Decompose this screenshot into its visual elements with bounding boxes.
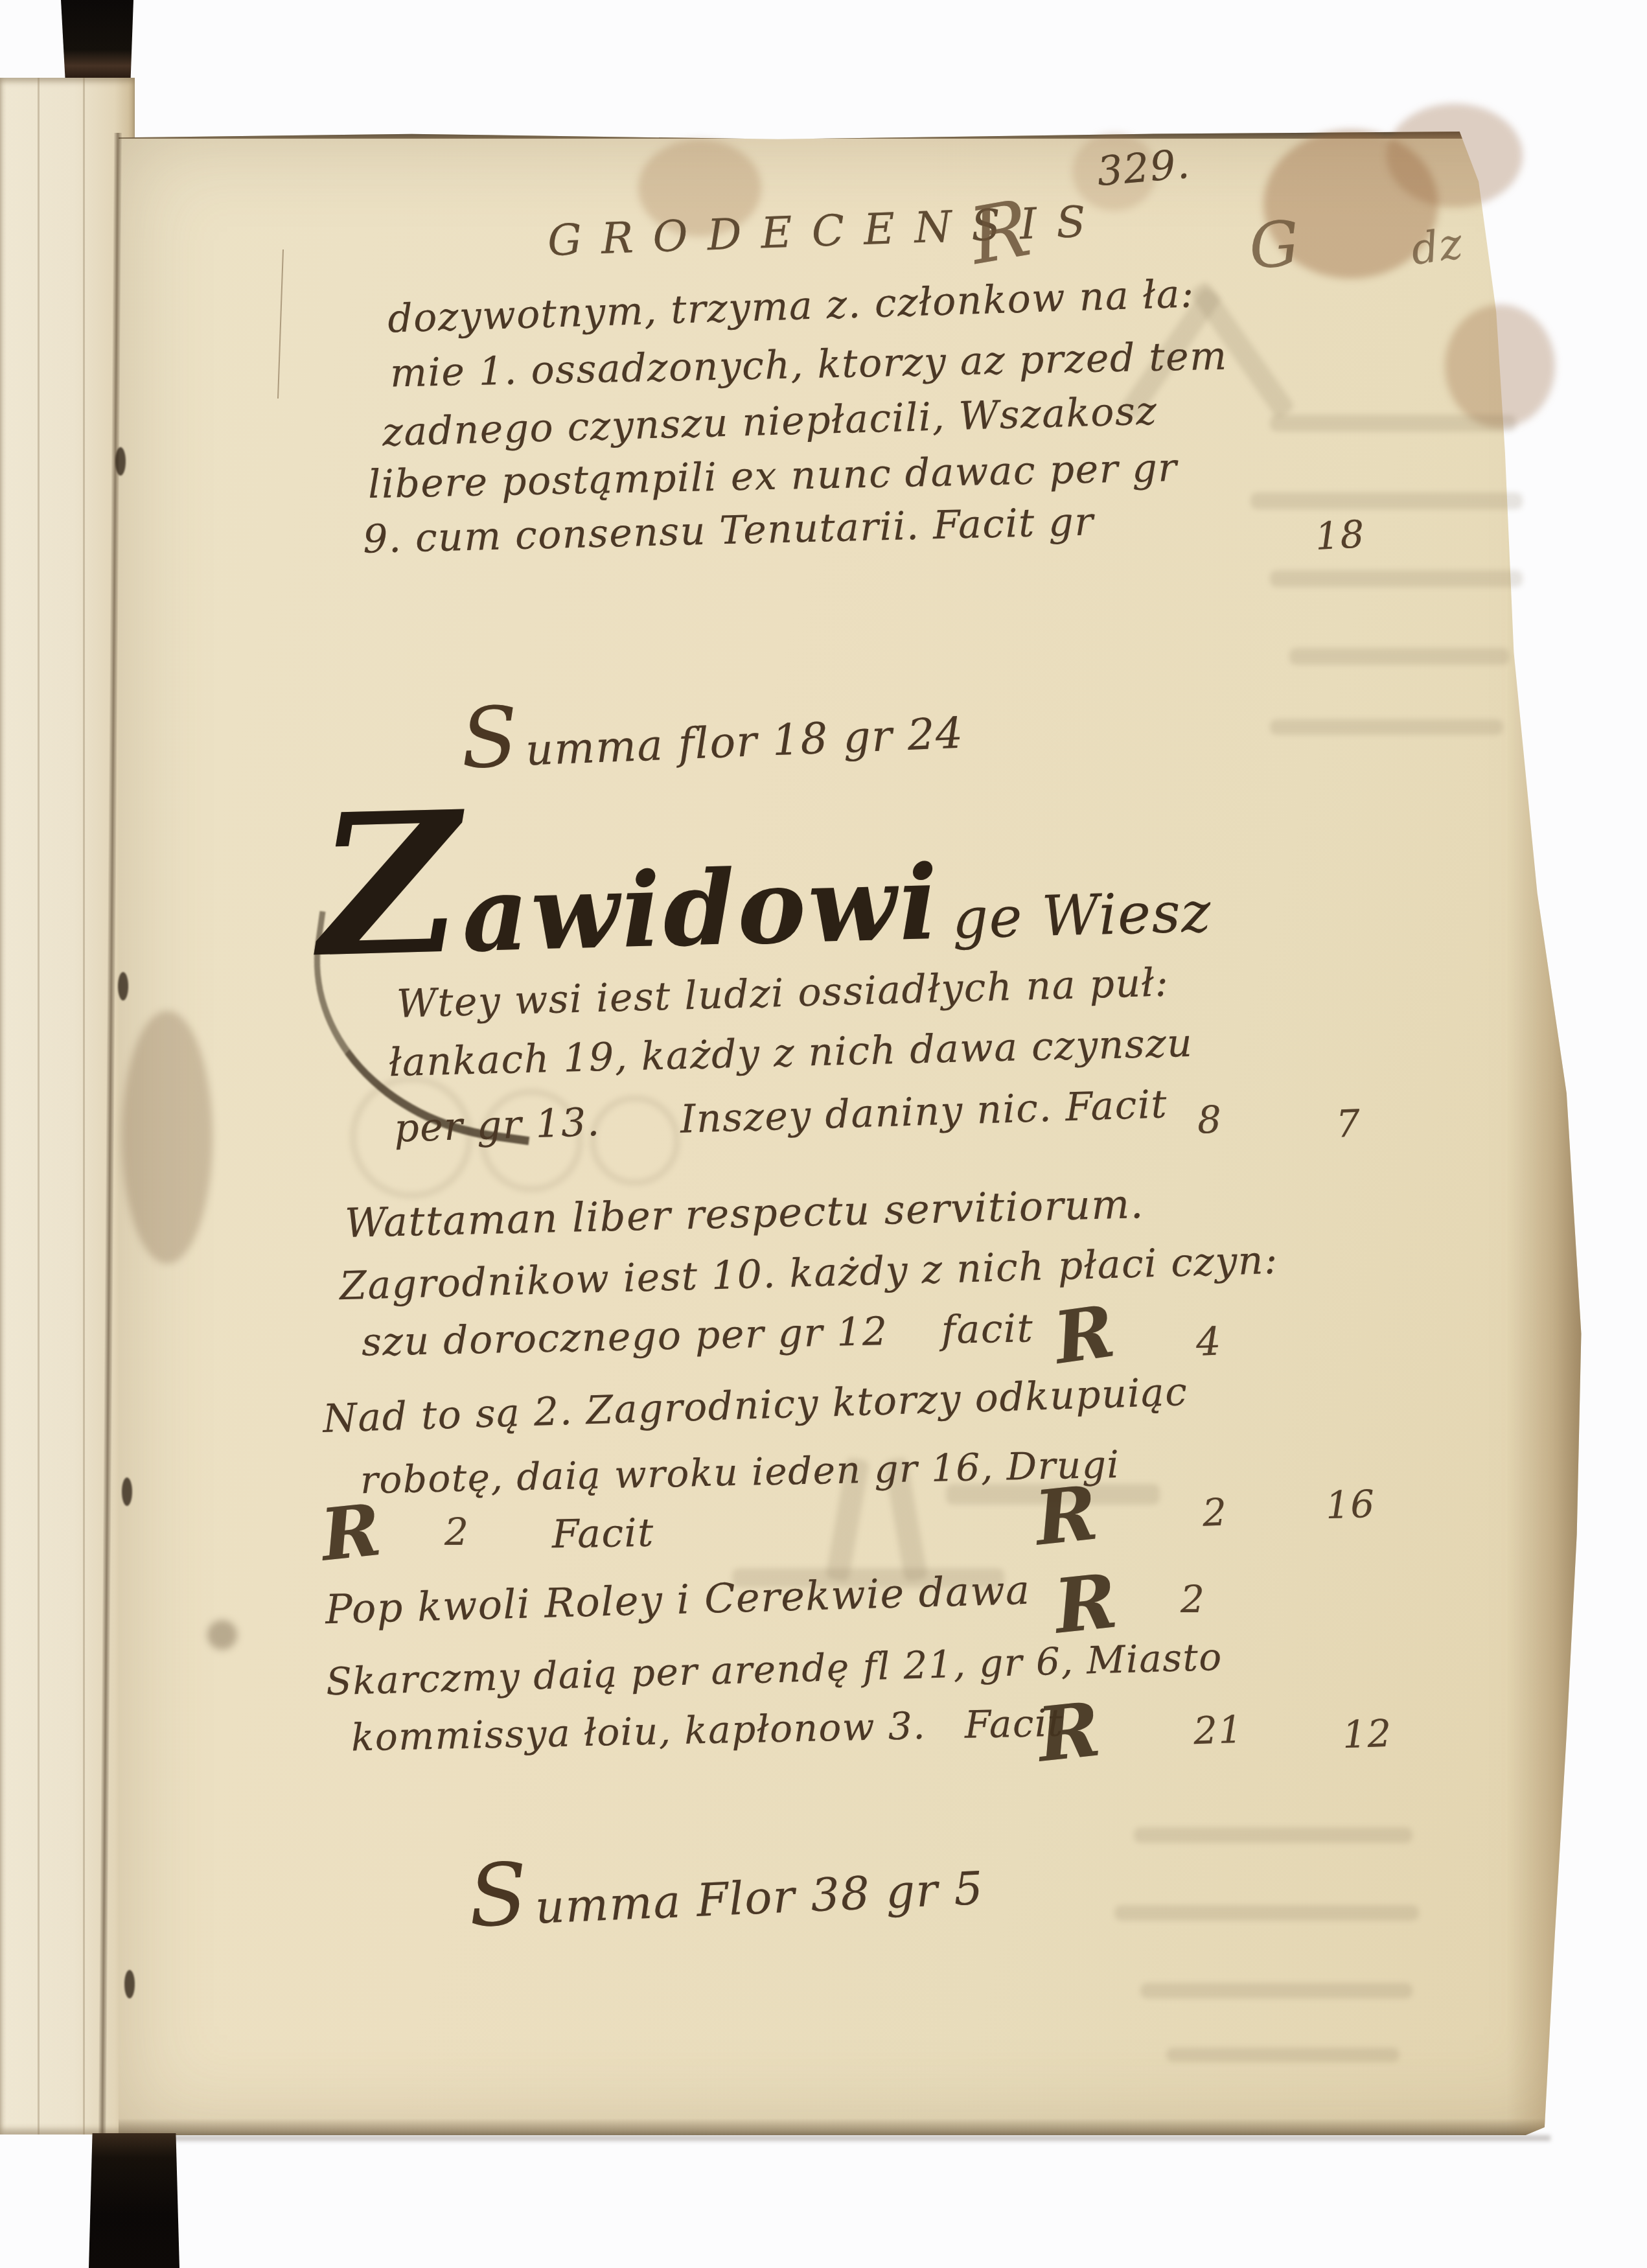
manuscript-scan: 329. GRODECENSIS R G dz dozywotnym, trzy…	[0, 0, 1647, 2268]
amount-florins: 2	[1202, 1490, 1228, 1534]
amount-groszy: 12	[1342, 1711, 1393, 1757]
amount-groszy: 7	[1335, 1101, 1362, 1146]
binding-stitch	[115, 447, 126, 476]
florin-symbol: R	[1050, 1557, 1122, 1650]
bleedthrough-line	[1289, 648, 1510, 665]
amount-florins: 8	[1197, 1097, 1223, 1142]
florin-symbol: R	[1049, 1289, 1120, 1380]
florin-symbol: R	[1033, 1685, 1105, 1779]
page-shadow	[119, 2135, 1550, 2141]
florin-symbol: R	[317, 1487, 386, 1577]
binding-stitch	[122, 1477, 132, 1506]
amount-florins: 2	[444, 1510, 469, 1554]
bleedthrough-line	[1140, 1983, 1412, 1998]
heading-name: awidowi	[461, 843, 942, 975]
bleedthrough-line	[1250, 492, 1523, 509]
village-heading: Z awidowi ge Wiesz	[317, 805, 1212, 979]
bleedthrough-line	[1270, 415, 1516, 432]
summa-initial: S	[461, 737, 518, 740]
amount-groszy: 16	[1325, 1482, 1376, 1528]
header-flourish-dz: dz	[1408, 218, 1466, 275]
bookmark-ribbon-bottom	[89, 2133, 179, 2268]
page-edge-crease	[38, 78, 40, 2135]
heading-suffix: ge Wiesz	[952, 880, 1212, 951]
page-deckle-edge	[1506, 132, 1584, 2135]
amount-florins: 4	[1195, 1319, 1223, 1365]
spot-stain	[207, 1620, 237, 1650]
amount-groszy: 18	[1314, 512, 1366, 559]
amount-florins: 2	[1181, 1577, 1205, 1621]
binding-stitch	[124, 1970, 135, 1998]
bookmark-ribbon-top	[61, 0, 133, 80]
edge-stain	[122, 1011, 213, 1264]
page-bottom-edge	[119, 2118, 1584, 2135]
folio-number: 329.	[1095, 140, 1192, 195]
bleedthrough-line	[1134, 1827, 1412, 1843]
bleedthrough-line	[1270, 719, 1503, 735]
heading-initial: Z	[317, 824, 463, 945]
facit-label: Facit	[551, 1510, 654, 1558]
water-stain	[1387, 104, 1523, 207]
amount-florins: 21	[1193, 1707, 1244, 1753]
water-stain	[1445, 305, 1555, 428]
florin-symbol: R	[1031, 1469, 1103, 1562]
binding-stitch	[118, 972, 128, 1001]
bleedthrough-line	[1166, 2048, 1399, 2062]
page-edge-crease	[83, 78, 85, 2135]
header-flourish-g: G	[1247, 207, 1302, 283]
summa-initial: S	[468, 1894, 528, 1897]
bleedthrough-line	[1114, 1905, 1419, 1921]
bleedthrough-line	[1270, 570, 1523, 587]
